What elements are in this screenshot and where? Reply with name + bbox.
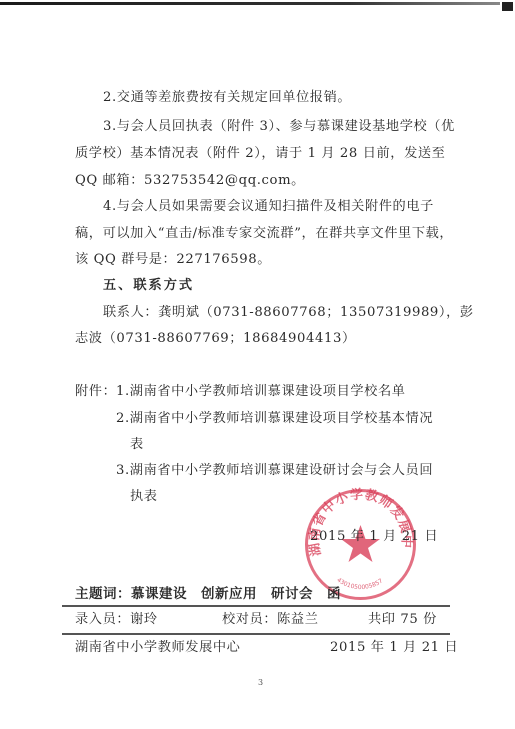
attachment-3-line-1: 3.湖南省中小学教师培训慕课建设研讨会与会人员回 xyxy=(116,463,433,479)
topic-words: 主题词：慕课建设 创新应用 研讨会 函 xyxy=(75,586,341,602)
paragraph-item-4-line-2: 稿，可以加入“直击/标准专家交流群”，在群共享文件里下载， xyxy=(75,226,453,242)
paragraph-item-4-line-1: 4.与会人员如果需要会议通知扫描件及相关附件的电子 xyxy=(103,199,434,215)
paragraph-item-3-line-2: 质学校）基本情况表（附件 2），请于 1 月 28 日前，发送至 xyxy=(75,146,445,162)
contact-line-2: 志波（0731-88607769；18684904413） xyxy=(75,331,356,347)
signature-date: 2015 年 1 月 21 日 xyxy=(310,529,438,545)
page-number: 3 xyxy=(258,678,263,687)
paragraph-item-4-line-3: 该 QQ 群号是：227176598。 xyxy=(75,252,271,268)
footer-rule-top xyxy=(62,605,450,607)
attachments-label: 附件： xyxy=(75,384,116,400)
copies-count: 共印 75 份 xyxy=(368,612,437,628)
paragraph-item-2: 2.交通等差旅费按有关规定回单位报销。 xyxy=(103,90,351,106)
attachment-2-line-2: 表 xyxy=(130,437,144,453)
top-border-line xyxy=(0,2,500,5)
attachment-1: 1.湖南省中小学教师培训慕课建设项目学校名单 xyxy=(116,384,406,400)
stamp-serial: 4301050005857 xyxy=(335,577,384,591)
entry-clerk: 录入员：谢玲 xyxy=(75,612,158,628)
contact-section-heading: 五、联系方式 xyxy=(103,278,194,294)
paragraph-item-3-line-3: QQ 邮箱：532753542@qq.com。 xyxy=(75,173,305,189)
issuer: 湖南省中小学教师发展中心 xyxy=(75,640,240,656)
attachment-2-line-1: 2.湖南省中小学教师培训慕课建设项目学校基本情况 xyxy=(116,411,433,427)
issue-date: 2015 年 1 月 21 日 xyxy=(330,640,458,656)
footer-rule-bottom xyxy=(62,633,450,635)
contact-line-1: 联系人：龚明斌（0731-88607768；13507319989），彭 xyxy=(103,305,474,321)
proofreader: 校对员：陈益兰 xyxy=(222,612,319,628)
scan-corner-mark xyxy=(502,2,513,11)
paragraph-item-3-line-1: 3.与会人员回执表（附件 3）、参与慕课建设基地学校（优 xyxy=(103,119,455,135)
attachment-3-line-2: 执表 xyxy=(130,489,158,505)
svg-text:4301050005857: 4301050005857 xyxy=(335,577,384,591)
